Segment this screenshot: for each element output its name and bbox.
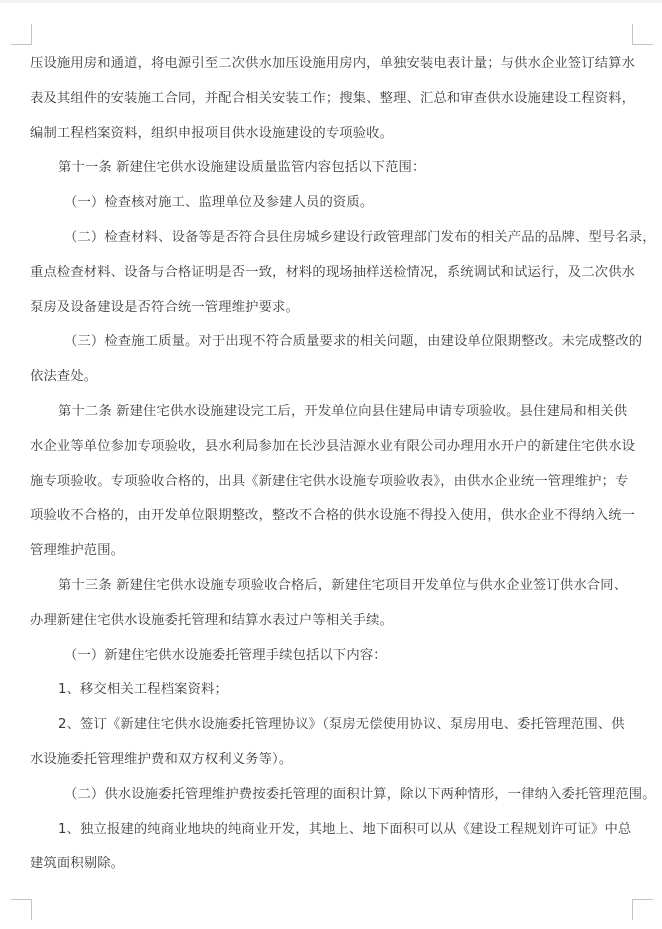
text-line: 泵房及设备建设是否符合统一管理维护要求。 xyxy=(30,298,634,333)
article-12-heading: 第十二条 新建住宅供水设施建设完工后，开发单位向县住建局申请专项验收。县住建局和… xyxy=(30,402,634,437)
text-line: 依法查处。 xyxy=(30,367,634,402)
text-line: 表及其组件的安装施工合同，并配合相关安装工作；搜集、整理、汇总和审查供水设施建设… xyxy=(30,89,634,124)
text-line: 编制工程档案资料，组织申报项目供水设施建设的专项验收。 xyxy=(30,124,634,159)
document-body: 压设施用房和通道，将电源引至二次供水加压设施用房内，单独安装电表计量；与供水企业… xyxy=(30,54,634,889)
margin-corner-mark-top-left xyxy=(11,24,32,45)
text-line: （一）检查核对施工、监理单位及参建人员的资质。 xyxy=(30,193,634,228)
text-line: （一）新建住宅供水设施委托管理手续包括以下内容： xyxy=(30,646,634,681)
article-11-heading: 第十一条 新建住宅供水设施建设质量监管内容包括以下范围： xyxy=(30,158,634,193)
text-line: 水设施委托管理维护费和双方权利义务等）。 xyxy=(30,750,634,785)
document-page: 压设施用房和通道，将电源引至二次供水加压设施用房内，单独安装电表计量；与供水企业… xyxy=(0,0,662,929)
list-item: 1、独立报建的纯商业地块的纯商业开发，其地上、地下面积可以从《建设工程规划许可证… xyxy=(30,820,634,855)
text-line: 项验收不合格的，由开发单位限期整改，整改不合格的供水设施不得投入使用，供水企业不… xyxy=(30,506,634,541)
text-line: 重点检查材料、设备与合格证明是否一致，材料的现场抽样送检情况，系统调试和试运行，… xyxy=(30,263,634,298)
margin-corner-mark-top-right xyxy=(632,24,653,45)
margin-corner-mark-bottom-left xyxy=(11,899,32,920)
page-top-edge xyxy=(0,0,662,3)
text-line: 办理新建住宅供水设施委托管理和结算水表过户等相关手续。 xyxy=(30,611,634,646)
text-line: 建筑面积剔除。 xyxy=(30,854,634,889)
list-item: 1、移交相关工程档案资料； xyxy=(30,680,634,715)
text-line: 管理维护范围。 xyxy=(30,541,634,576)
list-item: 2、签订《新建住宅供水设施委托管理协议》（泵房无偿使用协议、泵房用电、委托管理范… xyxy=(30,715,634,750)
article-13-heading: 第十三条 新建住宅供水设施专项验收合格后，新建住宅项目开发单位与供水企业签订供水… xyxy=(30,576,634,611)
text-line: 施专项验收。专项验收合格的，出具《新建住宅供水设施专项验收表》，由供水企业统一管… xyxy=(30,472,634,507)
text-line: （三）检查施工质量。对于出现不符合质量要求的相关问题，由建设单位限期整改。未完成… xyxy=(30,332,634,367)
text-line: 水企业等单位参加专项验收，县水利局参加在长沙县洁源水业有限公司办理用水开户的新建… xyxy=(30,437,634,472)
text-line: （二）供水设施委托管理维护费按委托管理的面积计算，除以下两种情形，一律纳入委托管… xyxy=(30,785,634,820)
margin-corner-mark-bottom-right xyxy=(632,899,653,920)
text-line: （二）检查材料、设备等是否符合县住房城乡建设行政管理部门发布的相关产品的品牌、型… xyxy=(30,228,634,263)
text-line: 压设施用房和通道，将电源引至二次供水加压设施用房内，单独安装电表计量；与供水企业… xyxy=(30,54,634,89)
